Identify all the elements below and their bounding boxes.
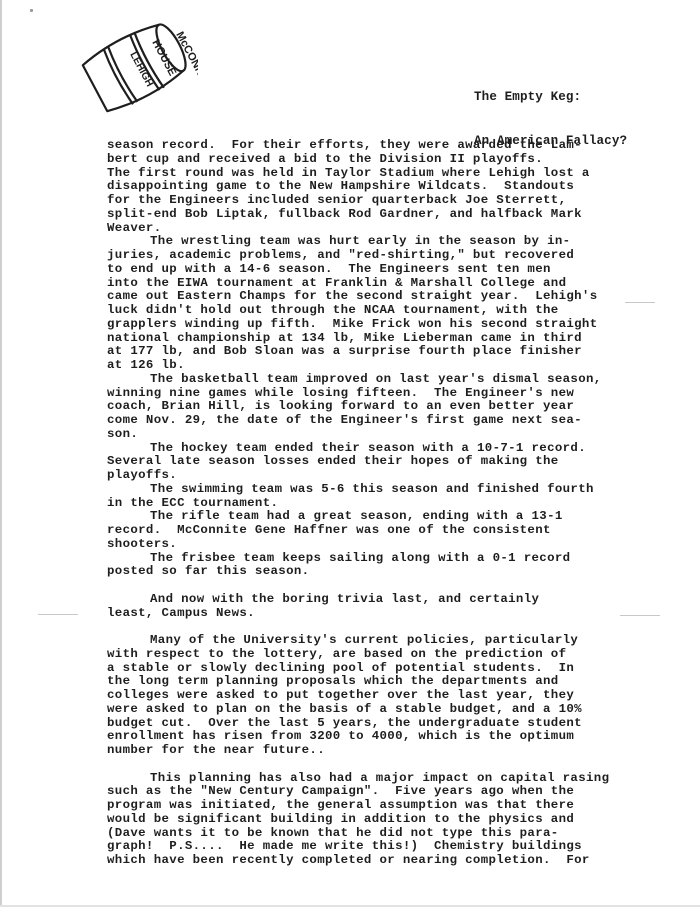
text-line: into the EIWA tournament at Franklin & M…	[107, 277, 667, 291]
text-line: season record. For their efforts, they w…	[107, 139, 667, 153]
text-line: to end up with a 14-6 season. The Engine…	[107, 263, 667, 277]
text-line: enrollment has risen from 3200 to 4000, …	[107, 730, 667, 744]
text-line: The wrestling team was hurt early in the…	[107, 235, 667, 249]
stray-mark	[620, 615, 660, 616]
text-line: were asked to plan on the basis of a sta…	[107, 703, 667, 717]
text-line: national championship at 134 lb, Mike Li…	[107, 332, 667, 346]
text-line: for the Engineers included senior quarte…	[107, 194, 667, 208]
text-line: playoffs.	[107, 469, 667, 483]
stray-mark	[625, 302, 655, 303]
text-line: posted so far this season.	[107, 565, 667, 579]
text-line: And now with the boring trivia last, and…	[107, 593, 667, 607]
text-line: at 177 lb, and Bob Sloan was a surprise …	[107, 345, 667, 359]
text-line: disappointing game to the New Hampshire …	[107, 180, 667, 194]
text-line: the long term planning proposals which t…	[107, 675, 667, 689]
title-line: The Empty Keg:	[474, 90, 627, 104]
text-line: juries, academic problems, and "red-shir…	[107, 249, 667, 263]
text-line: The frisbee team keeps sailing along wit…	[107, 552, 667, 566]
text-line: with respect to the lottery, are based o…	[107, 648, 667, 662]
text-line: winning nine games while losing fifteen.…	[107, 387, 667, 401]
text-line: graph! P.S.... He made me write this!) C…	[107, 840, 667, 854]
text-line: luck didn't hold out through the NCAA to…	[107, 304, 667, 318]
text-line: Several late season losses ended their h…	[107, 455, 667, 469]
text-line: record. McConnite Gene Haffner was one o…	[107, 524, 667, 538]
text-line: number for the near future..	[107, 744, 667, 758]
text-line: The swimming team was 5-6 this season an…	[107, 483, 667, 497]
text-line: This planning has also had a major impac…	[107, 772, 667, 786]
text-line: such as the "New Century Campaign". Five…	[107, 785, 667, 799]
page-edge	[0, 0, 2, 907]
text-line: came out Eastern Champs for the second s…	[107, 290, 667, 304]
keg-logo: McCONN HOUSE LEHIGH	[68, 8, 198, 128]
text-line: The basketball team improved on last yea…	[107, 373, 667, 387]
text-line: (Dave wants it to be known that he did n…	[107, 827, 667, 841]
paragraph-gap	[107, 579, 667, 593]
text-line: split-end Bob Liptak, fullback Rod Gardn…	[107, 208, 667, 222]
text-line: budget cut. Over the last 5 years, the u…	[107, 717, 667, 731]
beer-keg-icon: McCONN HOUSE LEHIGH	[68, 8, 198, 128]
text-line: Many of the University's current policie…	[107, 634, 667, 648]
text-line: bert cup and received a bid to the Divis…	[107, 153, 667, 167]
text-line: would be significant building in additio…	[107, 813, 667, 827]
text-line: come Nov. 29, the date of the Engineer's…	[107, 414, 667, 428]
article-body: season record. For their efforts, they w…	[107, 139, 667, 868]
text-line: coach, Brian Hill, is looking forward to…	[107, 400, 667, 414]
paragraph-gap	[107, 620, 667, 634]
text-line: colleges were asked to put together over…	[107, 689, 667, 703]
stray-mark	[38, 614, 78, 615]
text-line: a stable or slowly declining pool of pot…	[107, 662, 667, 676]
text-line: Weaver.	[107, 222, 667, 236]
text-line: The hockey team ended their season with …	[107, 442, 667, 456]
text-line: shooters.	[107, 538, 667, 552]
text-line: which have been recently completed or ne…	[107, 854, 667, 868]
paragraph-gap	[107, 758, 667, 772]
text-line: least, Campus News.	[107, 607, 667, 621]
text-line: son.	[107, 428, 667, 442]
text-line: The rifle team had a great season, endin…	[107, 510, 667, 524]
text-line: grapplers winding up fifth. Mike Frick w…	[107, 318, 667, 332]
paper-speck	[30, 9, 33, 12]
text-line: in the ECC tournament.	[107, 497, 667, 511]
text-line: The first round was held in Taylor Stadi…	[107, 167, 667, 181]
text-line: program was initiated, the general assum…	[107, 799, 667, 813]
text-line: at 126 lb.	[107, 359, 667, 373]
